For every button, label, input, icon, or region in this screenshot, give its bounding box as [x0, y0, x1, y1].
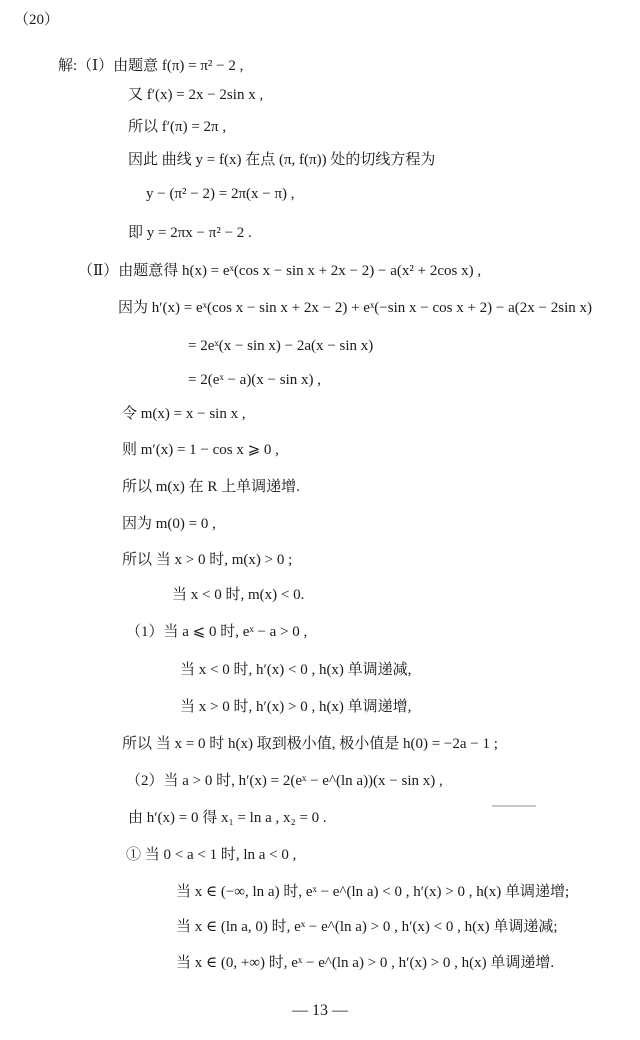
scan-smudge — [492, 805, 536, 807]
solution-line: = 2eˣ(x − sin x) − 2a(x − sin x) — [188, 336, 373, 356]
solution-line: （Ⅱ）由题意得 h(x) = eˣ(cos x − sin x + 2x − 2… — [78, 261, 481, 281]
solution-line: 因为 h′(x) = eˣ(cos x − sin x + 2x − 2) + … — [118, 298, 592, 318]
solution-line: 当 x > 0 时, h′(x) > 0 , h(x) 单调递增, — [180, 697, 411, 717]
solution-line: （2）当 a > 0 时, h′(x) = 2(eˣ − e^(ln a))(x… — [126, 771, 443, 791]
solution-line: ① 当 0 < a < 1 时, ln a < 0 , — [126, 845, 296, 865]
solution-line: 当 x ∈ (−∞, ln a) 时, eˣ − e^(ln a) < 0 , … — [176, 882, 569, 902]
solution-line: 当 x ∈ (ln a, 0) 时, eˣ − e^(ln a) > 0 , h… — [176, 917, 557, 937]
solution-line: y − (π² − 2) = 2π(x − π) , — [146, 184, 295, 204]
solution-line: （20） — [14, 10, 59, 30]
solution-line: 则 m′(x) = 1 − cos x ⩾ 0 , — [122, 440, 279, 460]
solution-line: = 2(eˣ − a)(x − sin x) , — [188, 370, 321, 390]
solution-line: 所以 m(x) 在 R 上单调递增. — [122, 477, 300, 497]
solution-line: 所以 当 x = 0 时 h(x) 取到极小值, 极小值是 h(0) = −2a… — [122, 734, 498, 754]
page-number: — 13 — — [0, 1002, 640, 1020]
solution-line: 当 x < 0 时, h′(x) < 0 , h(x) 单调递减, — [180, 660, 411, 680]
solution-line: 当 x ∈ (0, +∞) 时, eˣ − e^(ln a) > 0 , h′(… — [176, 953, 554, 973]
solution-line: 因此 曲线 y = f(x) 在点 (π, f(π)) 处的切线方程为 — [128, 150, 435, 170]
solution-line: 即 y = 2πx − π² − 2 . — [128, 223, 252, 243]
solution-line: （1）当 a ⩽ 0 时, eˣ − a > 0 , — [126, 622, 307, 642]
solution-line: 所以 f′(π) = 2π , — [128, 117, 226, 137]
solution-line: 当 x < 0 时, m(x) < 0. — [172, 585, 304, 605]
solution-line: 令 m(x) = x − sin x , — [122, 404, 246, 424]
solution-line: 又 f′(x) = 2x − 2sin x , — [128, 85, 263, 105]
solution-line: 解:（Ⅰ）由题意 f(π) = π² − 2 , — [58, 56, 243, 76]
solution-line: 由 h′(x) = 0 得 x₁ = ln a , x₂ = 0 . — [128, 808, 327, 828]
solution-line: 所以 当 x > 0 时, m(x) > 0 ; — [122, 550, 292, 570]
solution-line: 因为 m(0) = 0 , — [122, 514, 216, 534]
